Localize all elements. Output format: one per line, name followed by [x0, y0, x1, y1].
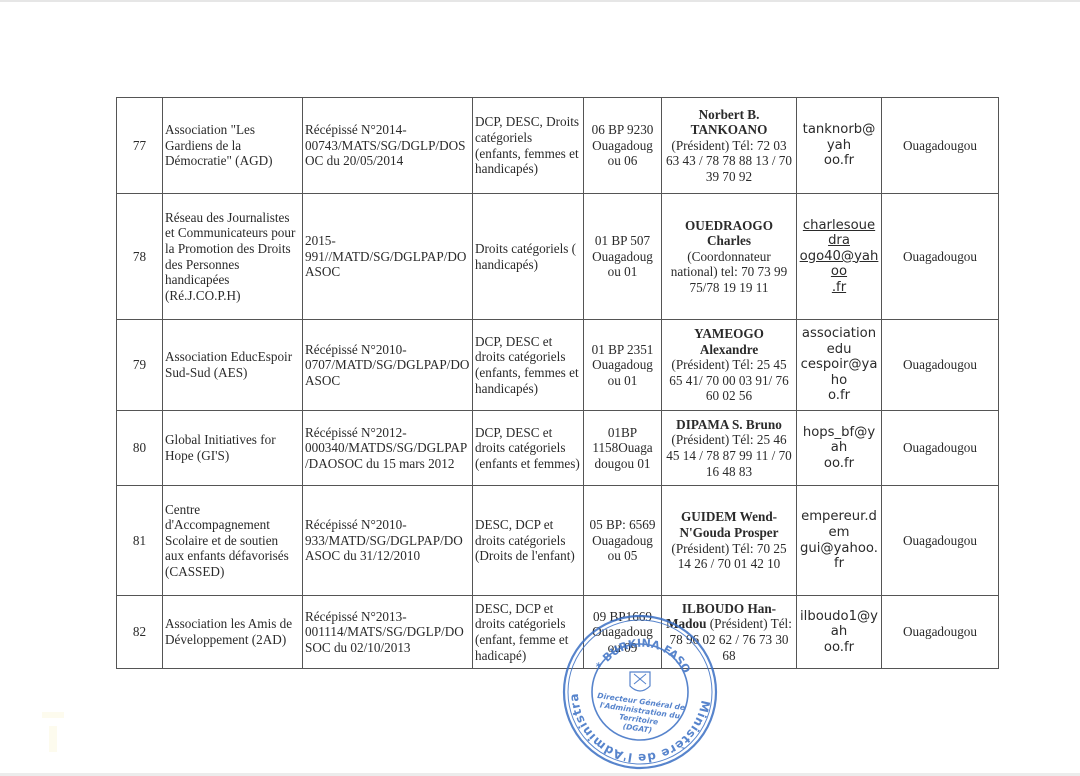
contact-details: (Président) Tél: 72 03 63 43 / 78 78 88 …	[666, 138, 792, 184]
email-address: hops_bf@yahoo.fr	[797, 411, 882, 486]
address-line: Ouagadoug	[586, 624, 659, 640]
email-line: oo.fr	[799, 456, 879, 472]
contact-name: DIPAMA S. Bruno	[664, 417, 794, 433]
receipt-reference: Récépissé N°2010-0707/MATD/SG/DGLPAP/DOA…	[303, 320, 473, 411]
contact-name: Charles	[664, 233, 794, 249]
stamp-inner-text: (DGAT)	[622, 722, 652, 735]
intervention-domain: DCP, DESC et droits catégoriels (enfants…	[473, 411, 584, 486]
city: Ouagadougou	[882, 486, 999, 596]
address-line: Ouagadoug	[586, 533, 659, 549]
row-number: 79	[117, 320, 163, 411]
stamp-inner-text: l'Administration du	[599, 700, 681, 720]
address-line: Ouagadoug	[586, 357, 659, 373]
city: Ouagadougou	[882, 596, 999, 669]
contact-details: (Coordonnateur national) tel: 70 73 99 7…	[671, 249, 787, 295]
address-line: 01 BP 507	[586, 233, 659, 249]
address-line: ou 06	[586, 153, 659, 169]
email-address: charlesouedraogo40@yahoo.fr	[797, 194, 882, 320]
association-registry-table: 77Association "Les Gardiens de la Démocr…	[116, 97, 999, 669]
receipt-reference: Récépissé N°2013-001114/MATS/SG/DGLP/DOS…	[303, 596, 473, 669]
receipt-reference: Récépissé N°2014-00743/MATS/SG/DGLP/DOSO…	[303, 98, 473, 194]
address-line: 01 BP 2351	[586, 342, 659, 358]
address-line: ou 09	[586, 640, 659, 656]
email-line: ogo40@yahoo	[799, 249, 879, 280]
contact-name: N'Gouda Prosper	[664, 525, 794, 541]
table-row: 81Centre d'Accompagnement Scolaire et de…	[117, 486, 999, 596]
contact-name: Norbert B.	[664, 107, 794, 123]
email-address: ilboudo1@yahoo.fr	[797, 596, 882, 669]
email-line: ilboudo1@yah	[799, 609, 879, 640]
row-number: 80	[117, 411, 163, 486]
intervention-domain: DCP, DESC, Droits catégoriels (enfants, …	[473, 98, 584, 194]
contact-name: Madou	[666, 616, 706, 631]
email-address: empereur.demgui@yahoo.fr	[797, 486, 882, 596]
scan-artifact	[42, 712, 64, 754]
address-line: Ouagadoug	[586, 249, 659, 265]
address-line: 1158Ouaga	[586, 440, 659, 456]
address-line: Ouagadoug	[586, 138, 659, 154]
email-line: oo.fr	[799, 640, 879, 656]
city: Ouagadougou	[882, 320, 999, 411]
association-name: Association EducEspoir Sud-Sud (AES)	[163, 320, 303, 411]
email-line: o.fr	[799, 388, 879, 404]
page-top-edge	[0, 0, 1080, 2]
email-address: associationeducespoir@yahoo.fr	[797, 320, 882, 411]
email-line: cespoir@yaho	[799, 357, 879, 388]
intervention-domain: DESC, DCP et droits catégoriels (enfant,…	[473, 596, 584, 669]
table-row: 78Réseau des Journalistes et Communicate…	[117, 194, 999, 320]
row-number: 78	[117, 194, 163, 320]
row-number: 77	[117, 98, 163, 194]
postal-address: 01BP1158Ouagadougou 01	[584, 411, 662, 486]
contact-person: OUEDRAOGOCharles(Coordonnateur national)…	[662, 194, 797, 320]
contact-name: TANKOANO	[664, 122, 794, 138]
table-row: 77Association "Les Gardiens de la Démocr…	[117, 98, 999, 194]
email-line: gui@yahoo.fr	[799, 541, 879, 572]
receipt-reference: Récépissé N°2012-000340/MATDS/SG/DGLPAP/…	[303, 411, 473, 486]
stamp-inner-text: Directeur Général de	[597, 691, 686, 712]
address-line: 05 BP: 6569	[586, 517, 659, 533]
table-row: 79Association EducEspoir Sud-Sud (AES)Ré…	[117, 320, 999, 411]
address-line: ou 01	[586, 373, 659, 389]
receipt-reference: Récépissé N°2010-933/MATD/SG/DGLPAP/DOAS…	[303, 486, 473, 596]
intervention-domain: DCP, DESC et droits catégoriels (enfants…	[473, 320, 584, 411]
postal-address: 01 BP 507Ouagadougou 01	[584, 194, 662, 320]
email-line: tanknorb@yah	[799, 122, 879, 153]
stamp-inner-text: Territoire	[619, 712, 659, 726]
contact-person: Norbert B.TANKOANO(Président) Tél: 72 03…	[662, 98, 797, 194]
contact-name: GUIDEM Wend-	[664, 509, 794, 525]
email-line: hops_bf@yah	[799, 425, 879, 456]
receipt-reference: 2015-991//MATD/SG/DGLPAP/DOASOC	[303, 194, 473, 320]
row-number: 81	[117, 486, 163, 596]
contact-name: YAMEOGO	[664, 326, 794, 342]
contact-person: YAMEOGOAlexandre(Président) Tél: 25 45 6…	[662, 320, 797, 411]
email-address: tanknorb@yahoo.fr	[797, 98, 882, 194]
contact-name: OUEDRAOGO	[664, 218, 794, 234]
table-row: 82Association les Amis de Développement …	[117, 596, 999, 669]
contact-person: DIPAMA S. Bruno(Président) Tél: 25 46 45…	[662, 411, 797, 486]
contact-details: (Président) Tél: 25 46 45 14 / 78 87 99 …	[666, 432, 792, 478]
intervention-domain: DESC, DCP et droits catégoriels (Droits …	[473, 486, 584, 596]
email-line: oo.fr	[799, 153, 879, 169]
address-line: 06 BP 9230	[586, 122, 659, 138]
address-line: 09 BP1669	[586, 609, 659, 625]
association-name: Association les Amis de Développement (2…	[163, 596, 303, 669]
coat-of-arms-icon	[630, 672, 650, 691]
association-name: Centre d'Accompagnement Scolaire et de s…	[163, 486, 303, 596]
contact-person: GUIDEM Wend-N'Gouda Prosper(Président) T…	[662, 486, 797, 596]
address-line: ou 01	[586, 264, 659, 280]
contact-details: (Président) Tél: 70 25 14 26 / 70 01 42 …	[671, 541, 786, 572]
contact-details: (Président) Tél: 25 45 65 41/ 70 00 03 9…	[669, 357, 788, 403]
association-name: Association "Les Gardiens de la Démocrat…	[163, 98, 303, 194]
email-line: empereur.dem	[799, 509, 879, 540]
email-line: charlesouedra	[799, 218, 879, 249]
postal-address: 09 BP1669Ouagadougou 09	[584, 596, 662, 669]
address-line: ou 05	[586, 548, 659, 564]
row-number: 82	[117, 596, 163, 669]
contact-name: ILBOUDO Han-	[664, 601, 794, 617]
email-line: .fr	[799, 280, 879, 296]
table-row: 80Global Initiatives for Hope (GI'S)Récé…	[117, 411, 999, 486]
email-line: associationedu	[799, 326, 879, 357]
contact-name: Alexandre	[664, 342, 794, 358]
intervention-domain: Droits catégoriels ( handicapés)	[473, 194, 584, 320]
city: Ouagadougou	[882, 411, 999, 486]
postal-address: 06 BP 9230Ouagadougou 06	[584, 98, 662, 194]
address-line: dougou 01	[586, 456, 659, 472]
postal-address: 01 BP 2351Ouagadougou 01	[584, 320, 662, 411]
city: Ouagadougou	[882, 194, 999, 320]
postal-address: 05 BP: 6569Ouagadougou 05	[584, 486, 662, 596]
association-name: Global Initiatives for Hope (GI'S)	[163, 411, 303, 486]
city: Ouagadougou	[882, 98, 999, 194]
contact-person: ILBOUDO Han-Madou (Président) Tél: 78 96…	[662, 596, 797, 669]
address-line: 01BP	[586, 425, 659, 441]
association-name: Réseau des Journalistes et Communicateur…	[163, 194, 303, 320]
